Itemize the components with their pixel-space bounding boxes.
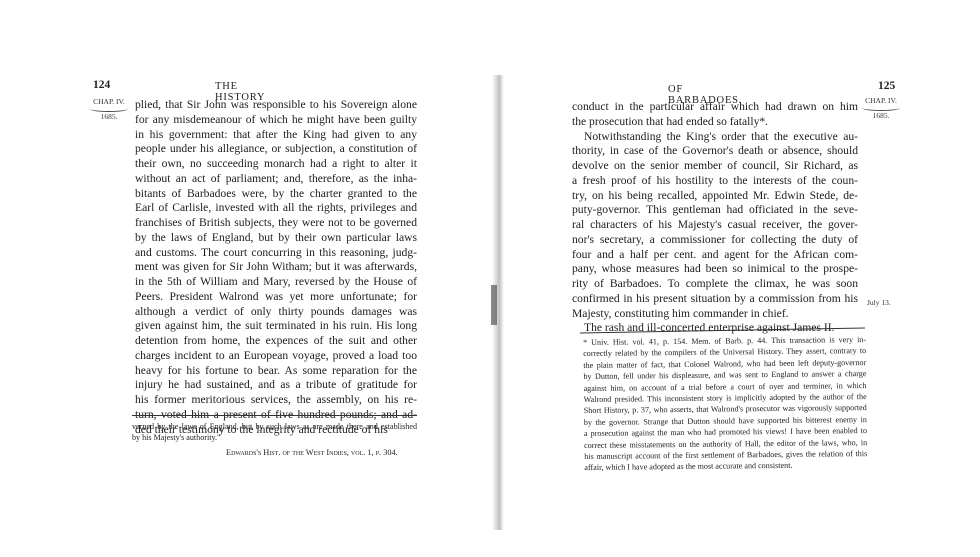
text-line: by the laws of England, but by their own…: [135, 231, 417, 246]
text-line: Peers. President Walrond was yet more un…: [135, 290, 417, 305]
text-line: thority, in case of the Governor's death…: [572, 144, 858, 159]
text-line: nor's secretary, a commissioner for coll…: [572, 233, 858, 248]
text-line: and customs. The court concurring in thi…: [135, 246, 417, 261]
margin-note: CHAP. IV. 1685.: [88, 98, 130, 121]
text-line: four and a half per cent. and agent for …: [572, 248, 858, 263]
text-line: heavy for his fortune to bear. As some r…: [135, 364, 417, 379]
footnote: verned by the laws of England, but by su…: [132, 421, 417, 444]
text-line: conduct in the particular affair which h…: [572, 100, 858, 115]
text-line: verned by the laws of England, but by su…: [132, 421, 417, 432]
text-line: affair, which I have adopted as the most…: [584, 459, 867, 473]
text-line: given against him, the suit terminated i…: [135, 319, 417, 334]
gutter-shadow: [491, 285, 497, 325]
text-line: ment was given for Sir John Witham; but …: [135, 260, 417, 275]
year-label: 1685.: [101, 112, 118, 121]
text-line: Notwithstanding the King's order that th…: [572, 130, 858, 145]
text-line: plied, that Sir John was responsible to …: [135, 98, 417, 113]
year-label: 1685.: [873, 111, 890, 120]
body-text: plied, that Sir John was responsible to …: [135, 98, 417, 437]
text-line: in his government: that after the King h…: [135, 128, 417, 143]
text-line: ral characters of his Majesty's casual r…: [572, 218, 858, 233]
text-line: detention from home, the expences of the…: [135, 334, 417, 349]
text-line: people under his allegiance, or subjecti…: [135, 142, 417, 157]
text-line: without an act of parliament; and, there…: [135, 172, 417, 187]
footnote: * Univ. Hist. vol. 41, p. 154. Mem. of B…: [583, 334, 867, 474]
text-line: their own, no succeeding monarch had a r…: [135, 157, 417, 172]
side-date: July 13.: [867, 298, 891, 307]
page-number: 124: [93, 79, 110, 91]
chapter-label: CHAP. IV.: [865, 96, 897, 105]
text-line: pany, whose measures had been so inimica…: [572, 262, 858, 277]
body-text: conduct in the particular affair which h…: [572, 100, 858, 336]
text-line: try, on his being recalled, appointed Mr…: [572, 189, 858, 204]
text-line: injury he had sustained, and as a tribut…: [135, 378, 417, 393]
text-line: the prosecution that had ended so fatall…: [572, 115, 858, 130]
text-line: a fresh proof of his hostility to the in…: [572, 174, 858, 189]
text-line: Earl of Carlisle, invested with all the …: [135, 201, 417, 216]
text-line: for any misdemeanour of which he might h…: [135, 113, 417, 128]
text-line: puty-governor. This gentleman had offici…: [572, 203, 858, 218]
footnote-rule: [132, 415, 417, 416]
text-line: Majesty, constituting him commander in c…: [572, 307, 858, 322]
page-number: 125: [878, 80, 895, 92]
text-line: confirmed in his present situation by a …: [572, 292, 858, 307]
text-line: his former meritorious services, the ass…: [135, 393, 417, 408]
text-line: although a verdict of only thirty pounds…: [135, 305, 417, 320]
margin-note: CHAP. IV. 1685.: [860, 97, 902, 120]
text-line: rity of Barbadoes. To complete the clima…: [572, 277, 858, 292]
footnote-attribution: Edwards's Hist. of the West Indies, vol.…: [226, 448, 398, 457]
chapter-label: CHAP. IV.: [93, 97, 125, 106]
text-line: by his Majesty's authority.": [132, 432, 417, 443]
text-line: devolve on the senior member of council,…: [572, 159, 858, 174]
text-line: charges incident to an European voyage, …: [135, 349, 417, 364]
text-line: in the 5th of William and Mary, reversed…: [135, 275, 417, 290]
text-line: bitants of Barbadoes were, by the charte…: [135, 187, 417, 202]
text-line: franchises of British subjects, they wer…: [135, 216, 417, 231]
